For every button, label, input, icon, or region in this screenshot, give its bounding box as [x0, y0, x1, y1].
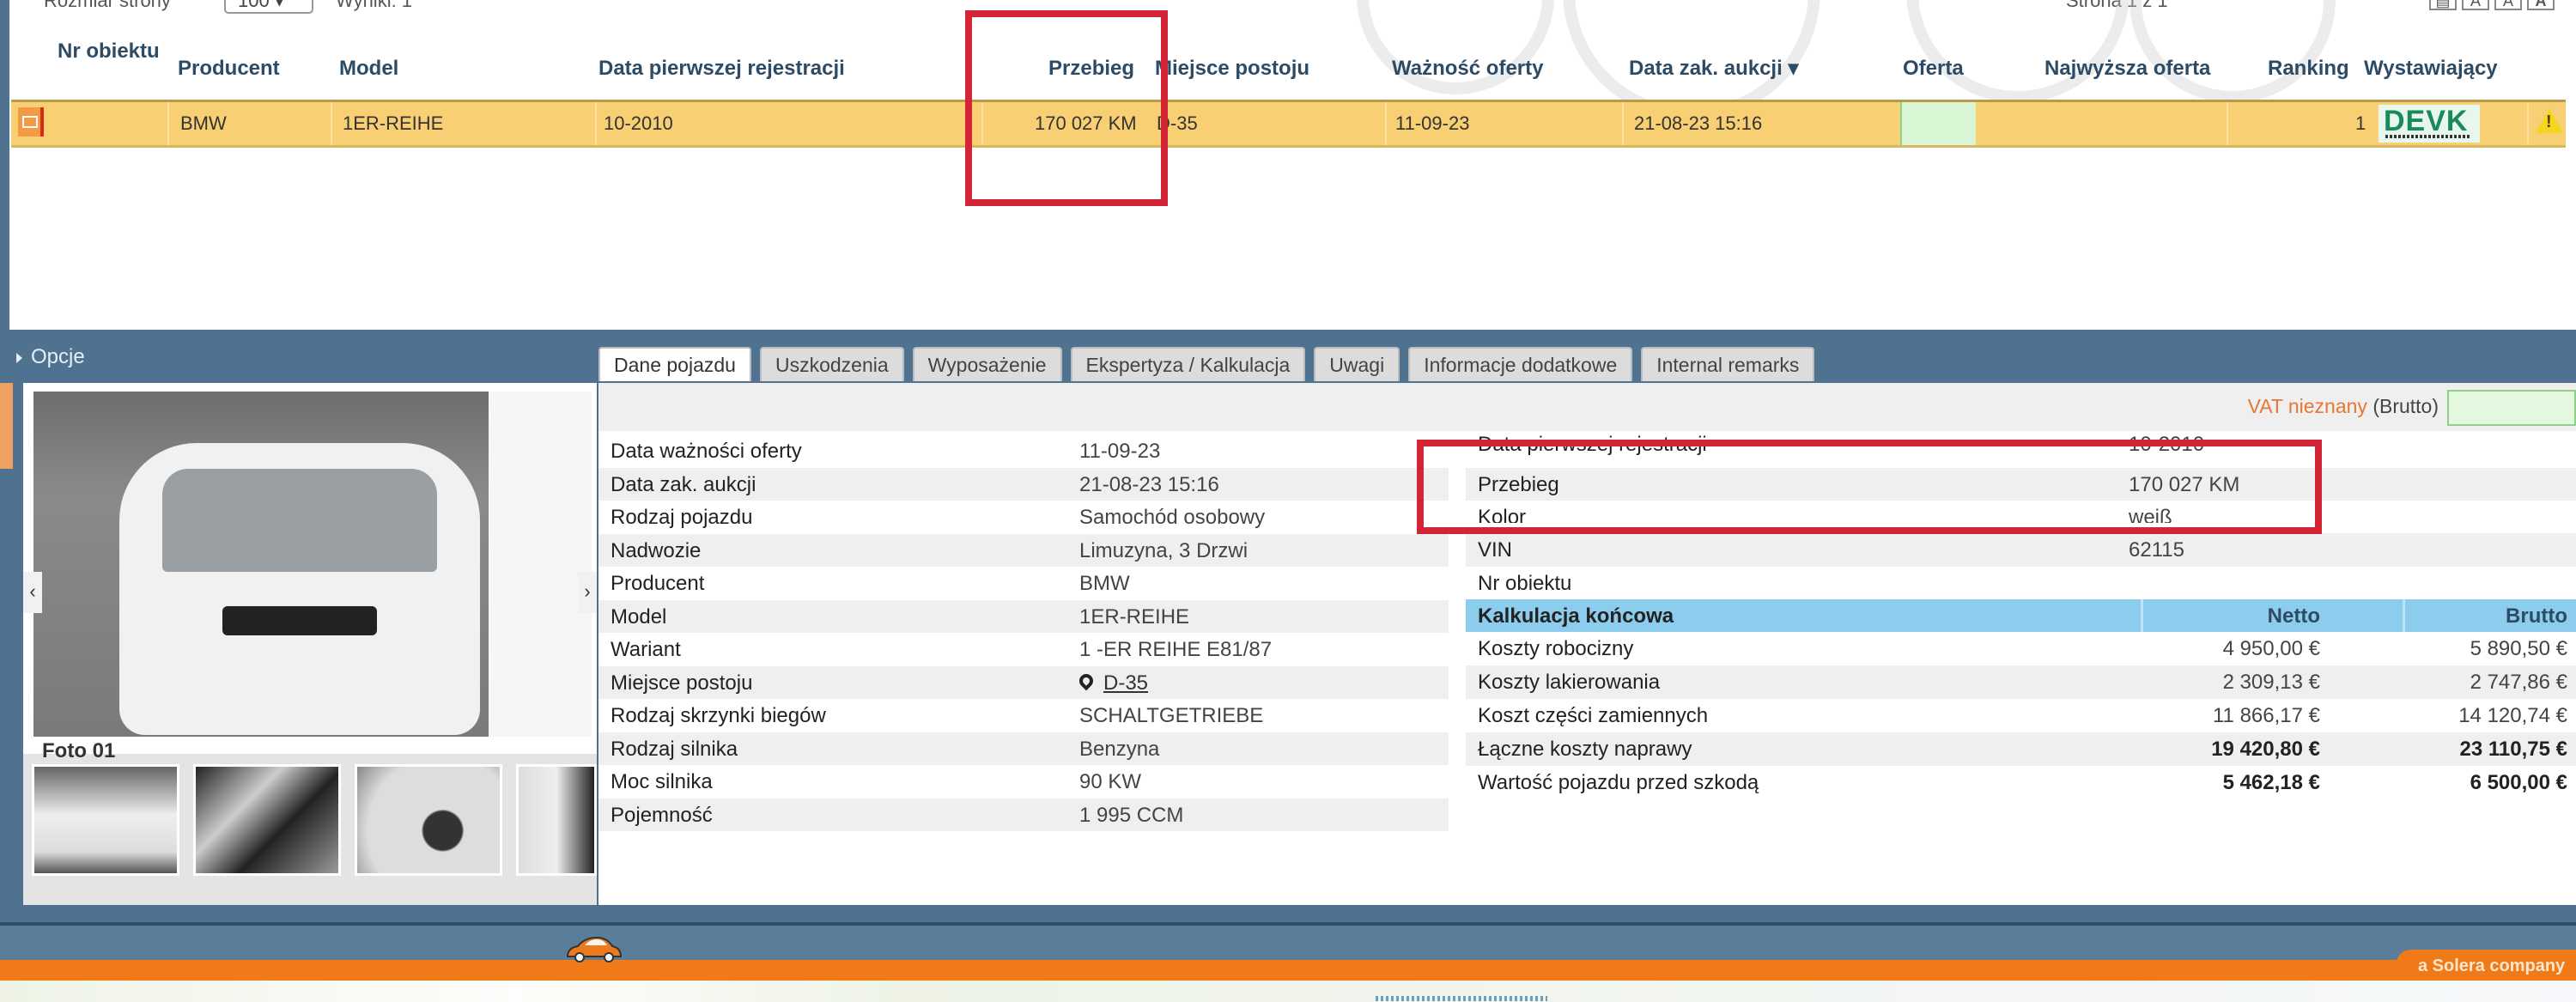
col-data-zak-aukcji[interactable]: Data zak. aukcji ▾ [1629, 57, 1798, 81]
detail-value: 1 -ER REIHE E81/87 [1079, 638, 1272, 662]
cell-divider [167, 102, 169, 145]
tab-uszkodzenia[interactable]: Uszkodzenia [760, 347, 904, 381]
thumbnail[interactable] [516, 764, 597, 876]
brutto-header: Brutto [2506, 604, 2567, 629]
detail-label: Data zak. aukcji [611, 473, 756, 497]
detail-value: 21-08-23 15:16 [1079, 473, 1219, 497]
page-size-select[interactable]: 100 ▾ [224, 0, 313, 14]
cell-divider [331, 102, 332, 145]
map-pin-icon [1077, 671, 1097, 690]
cell-model: 1ER-REIHE [343, 112, 443, 135]
col-miejsce-postoju[interactable]: Miejsce postoju [1155, 57, 1309, 81]
calculation-row: Wartość pojazdu przed szkodą5 462,18 €6 … [1466, 766, 2576, 799]
detail-label: Model [611, 605, 666, 629]
detail-row: NadwozieLimuzyna, 3 Drzwi [598, 534, 1449, 568]
dotted-indicator [1376, 996, 1547, 1001]
detail-row: ProducentBMW [598, 567, 1449, 600]
details-panel: Opcje ‹ › Foto 01 Dane pojazdu Uszkodzen… [9, 330, 2576, 922]
photo-car-grille [222, 606, 377, 635]
next-photo-button[interactable]: › [578, 572, 597, 613]
detail-row: Moc silnika90 KW [598, 765, 1449, 799]
thumbnail[interactable] [193, 764, 341, 876]
calc-brutto: 23 110,75 € [2460, 738, 2567, 762]
car-icon[interactable] [562, 936, 624, 963]
col-waznosc-oferty[interactable]: Ważność oferty [1392, 57, 1543, 81]
calc-netto: 19 420,80 € [2211, 738, 2320, 762]
cell-divider [1622, 102, 1624, 145]
cell-producent: BMW [180, 112, 227, 135]
tab-internal-remarks[interactable]: Internal remarks [1641, 347, 1814, 381]
detail-tabs: Dane pojazdu Uszkodzenia Wyposażenie Eks… [598, 347, 1814, 381]
detail-value: 1ER-REIHE [1079, 605, 1189, 629]
detail-row: Pojemność1 995 CCM [598, 799, 1449, 832]
photo-car-windshield [162, 469, 437, 572]
tab-ekspertyza-kalkulacja[interactable]: Ekspertyza / Kalkulacja [1071, 347, 1306, 381]
calculation-row: Koszty lakierowania2 309,13 €2 747,86 € [1466, 665, 2576, 699]
detail-value: 90 KW [1079, 770, 1141, 794]
options-toggle[interactable]: Opcje [16, 345, 85, 369]
col-data-rejestracji[interactable]: Data pierwszej rejestracji [598, 57, 845, 81]
calculation-title: Kalkulacja końcowa [1478, 604, 1674, 629]
detail-row: Rodzaj silnikaBenzyna [598, 732, 1449, 766]
footer-bar [0, 922, 2576, 963]
devk-logo-text: DEVK [2384, 105, 2468, 138]
print-icon[interactable]: ▤ [2429, 0, 2457, 10]
col-model[interactable]: Model [339, 57, 398, 81]
vehicle-details-left: Data ważności oferty11-09-23 Data zak. a… [598, 434, 1449, 831]
detail-label: Nadwozie [611, 539, 701, 563]
detail-value: Limuzyna, 3 Drzwi [1079, 539, 1248, 563]
detail-row: Rodzaj skrzynki biegówSCHALTGETRIEBE [598, 699, 1449, 732]
vehicle-row-icon[interactable] [18, 107, 44, 137]
col-oferta[interactable]: Oferta [1903, 57, 1964, 81]
col-producent[interactable]: Producent [178, 57, 280, 81]
photo-caption: Foto 01 [42, 739, 115, 763]
location-link[interactable]: D-35 [1103, 671, 1148, 695]
thumbnail-strip [23, 754, 597, 905]
left-border [0, 0, 9, 940]
cell-divider [2227, 102, 2228, 145]
devk-logo-subline [2385, 135, 2471, 138]
detail-value: 11-09-23 [1079, 440, 1160, 464]
detail-label: Rodzaj skrzynki biegów [611, 704, 826, 728]
detail-value: 1 995 CCM [1079, 804, 1183, 828]
font-size-controls: ▤ A A A [2429, 0, 2555, 10]
calc-brutto: 14 120,74 € [2458, 704, 2567, 728]
cell-divider [1385, 102, 1387, 145]
sort-desc-icon: ▾ [1788, 57, 1798, 80]
tab-uwagi[interactable]: Uwagi [1314, 347, 1400, 381]
detail-value: SCHALTGETRIEBE [1079, 704, 1263, 728]
results-count: Wyniki: 1 [336, 0, 412, 12]
cell-waznosc: 11-09-23 [1395, 112, 1469, 135]
tab-wyposazenie[interactable]: Wyposażenie [913, 347, 1062, 381]
detail-row: Wariant1 -ER REIHE E81/87 [598, 633, 1449, 666]
bottom-strip [0, 981, 2576, 1002]
footer-stripe [0, 960, 2576, 981]
page-size-label: Rozmiar strony [44, 0, 171, 12]
cell-divider [595, 102, 597, 145]
main-photo[interactable] [33, 392, 592, 737]
results-table-header: Nr obiektu Producent Model Data pierwsze… [9, 36, 2576, 98]
detail-label: Moc silnika [611, 770, 713, 794]
detail-value: Samochód osobowy [1079, 506, 1265, 530]
calc-brutto: 2 747,86 € [2470, 671, 2567, 695]
tab-informacje-dodatkowe[interactable]: Informacje dodatkowe [1408, 347, 1632, 381]
detail-value: Benzyna [1079, 738, 1159, 762]
detail-row: Miejsce postojuD-35 [598, 666, 1449, 700]
prev-photo-button[interactable]: ‹ [23, 572, 42, 613]
header-divider [2403, 599, 2405, 632]
detail-value: D-35 [1079, 671, 1148, 695]
calculation-table: Koszty robocizny4 950,00 €5 890,50 € Kos… [1466, 632, 2576, 799]
calc-netto: 5 462,18 € [2223, 771, 2320, 795]
thumbnail[interactable] [355, 764, 502, 876]
calc-label: Łączne koszty naprawy [1478, 738, 1692, 762]
table-row[interactable]: BMW 1ER-REIHE 10-2010 170 027 KM D-35 11… [11, 100, 2566, 148]
devk-logo: DEVK [2379, 105, 2480, 143]
cell-data-zak: 21-08-23 15:16 [1634, 112, 1762, 135]
detail-label: Nr obiektu [1478, 572, 1571, 596]
photo-wall [489, 392, 592, 737]
detail-label: Data ważności oferty [611, 440, 802, 464]
detail-value: 62115 [2129, 538, 2184, 562]
calc-brutto: 6 500,00 € [2470, 771, 2567, 795]
options-label: Opcje [31, 345, 85, 368]
col-nr-obiektu[interactable]: Nr obiektu [58, 39, 160, 64]
solera-brand: a Solera company [2396, 950, 2576, 981]
detail-row: Model1ER-REIHE [598, 600, 1449, 634]
detail-label: Rodzaj silnika [611, 738, 738, 762]
cell-ranking: 1 [2355, 112, 2366, 135]
page-size-value: 100 [238, 0, 270, 11]
detail-row: VIN62115 [1466, 533, 2576, 567]
cell-data-rejestracji: 10-2010 [604, 112, 673, 135]
netto-header: Netto [2268, 604, 2320, 629]
photo-gallery: ‹ › Foto 01 [23, 383, 597, 905]
annotation-box-mileage-details [1417, 440, 2322, 534]
calc-netto: 11 866,17 € [2213, 704, 2320, 728]
auction-page: Rozmiar strony 100 ▾ Wyniki: 1 Strona 1 … [0, 0, 2576, 1002]
header-divider [2141, 599, 2143, 632]
vat-status: VAT nieznany (Brutto) [2248, 395, 2439, 418]
detail-label: Pojemność [611, 804, 713, 828]
calc-label: Koszty robocizny [1478, 637, 1633, 661]
tab-dane-pojazdu[interactable]: Dane pojazdu [598, 347, 751, 381]
detail-row: Rodzaj pojazduSamochód osobowy [598, 501, 1449, 534]
brutto-offer-input[interactable] [2447, 390, 2576, 426]
font-small-icon[interactable]: A [2462, 0, 2489, 10]
calc-brutto: 5 890,50 € [2470, 637, 2567, 661]
annotation-box-mileage-grid [965, 10, 1168, 206]
detail-label: Rodzaj pojazdu [611, 506, 752, 530]
caret-right-icon [16, 353, 22, 363]
vat-status-text: VAT nieznany [2248, 395, 2367, 417]
calculation-header: Kalkulacja końcowa Netto Brutto [1466, 599, 2576, 632]
vat-suffix: (Brutto) [2372, 395, 2439, 417]
col-wystawiajacy[interactable]: Wystawiający [2364, 57, 2498, 81]
font-medium-icon[interactable]: A [2494, 0, 2522, 10]
calc-label: Koszt części zamiennych [1478, 704, 1708, 728]
calculation-row: Łączne koszty naprawy19 420,80 €23 110,7… [1466, 732, 2576, 766]
side-tab[interactable] [0, 383, 13, 469]
col-data-zak-label: Data zak. aukcji [1629, 57, 1783, 80]
calculation-row: Koszty robocizny4 950,00 €5 890,50 € [1466, 632, 2576, 665]
detail-value: BMW [1079, 572, 1130, 596]
detail-row: Data zak. aukcji21-08-23 15:16 [598, 468, 1449, 501]
calc-label: Koszty lakierowania [1478, 671, 1660, 695]
col-najwyzsza-oferta[interactable]: Najwyższa oferta [2044, 57, 2210, 81]
font-large-icon[interactable]: A [2527, 0, 2555, 10]
warning-icon[interactable] [2536, 109, 2563, 133]
vat-bar: VAT nieznany (Brutto) [598, 383, 2576, 431]
thumbnail[interactable] [32, 764, 179, 876]
detail-label: Wariant [611, 638, 681, 662]
detail-label: Producent [611, 572, 704, 596]
calculation-row: Koszt części zamiennych11 866,17 €14 120… [1466, 699, 2576, 732]
calc-netto: 4 950,00 € [2223, 637, 2320, 661]
detail-row: Data ważności oferty11-09-23 [598, 434, 1449, 468]
offer-input[interactable] [1900, 102, 1976, 145]
detail-label: VIN [1478, 538, 1512, 562]
detail-row: Nr obiektu [1466, 567, 2576, 600]
cell-divider [2527, 102, 2529, 145]
calc-label: Wartość pojazdu przed szkodą [1478, 771, 1759, 795]
calc-netto: 2 309,13 € [2223, 671, 2320, 695]
detail-label: Miejsce postoju [611, 671, 752, 695]
col-ranking[interactable]: Ranking [2268, 57, 2349, 81]
